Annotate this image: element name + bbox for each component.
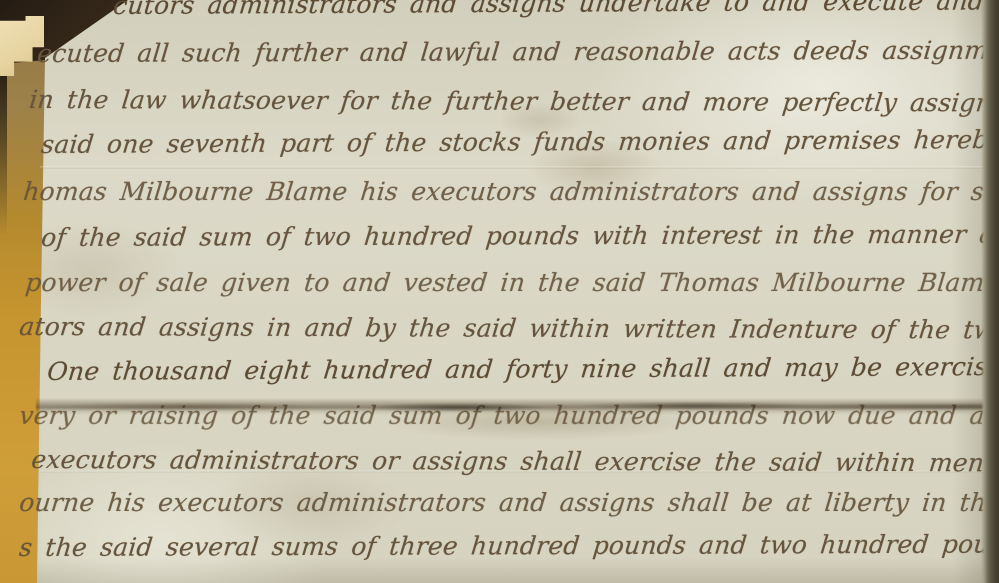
manuscript-line-8: ators and assigns in and by the said wit… [18, 313, 999, 344]
manuscript-line-2: ecuted all such further and lawful and r… [36, 36, 999, 67]
manuscript-line-11: executors administrators or assigns shal… [30, 446, 999, 477]
manuscript-line-4: said one seventh part of the stocks fund… [40, 125, 999, 158]
faint-crease-line [40, 166, 999, 169]
manuscript-line-9: One thousand eight hundred and forty nin… [46, 353, 999, 386]
page-right-edge [981, 0, 999, 583]
manuscript-line-13: s the said several sums of three hundred… [18, 531, 999, 562]
photo-of-manuscript-page: cutors administrators and assigns undert… [0, 0, 999, 583]
fold-crease [36, 398, 999, 415]
manuscript-line-5: homas Milbourne Blame his executors admi… [22, 178, 999, 206]
manuscript-line-6: of the said sum of two hundred pounds wi… [40, 220, 999, 251]
manuscript-line-12: ourne his executors administrators and a… [18, 489, 999, 517]
manuscript-line-3: in the law whatsoever for the further be… [28, 86, 999, 117]
manuscript-line-7: power of sale given to and vested in the… [24, 269, 999, 297]
